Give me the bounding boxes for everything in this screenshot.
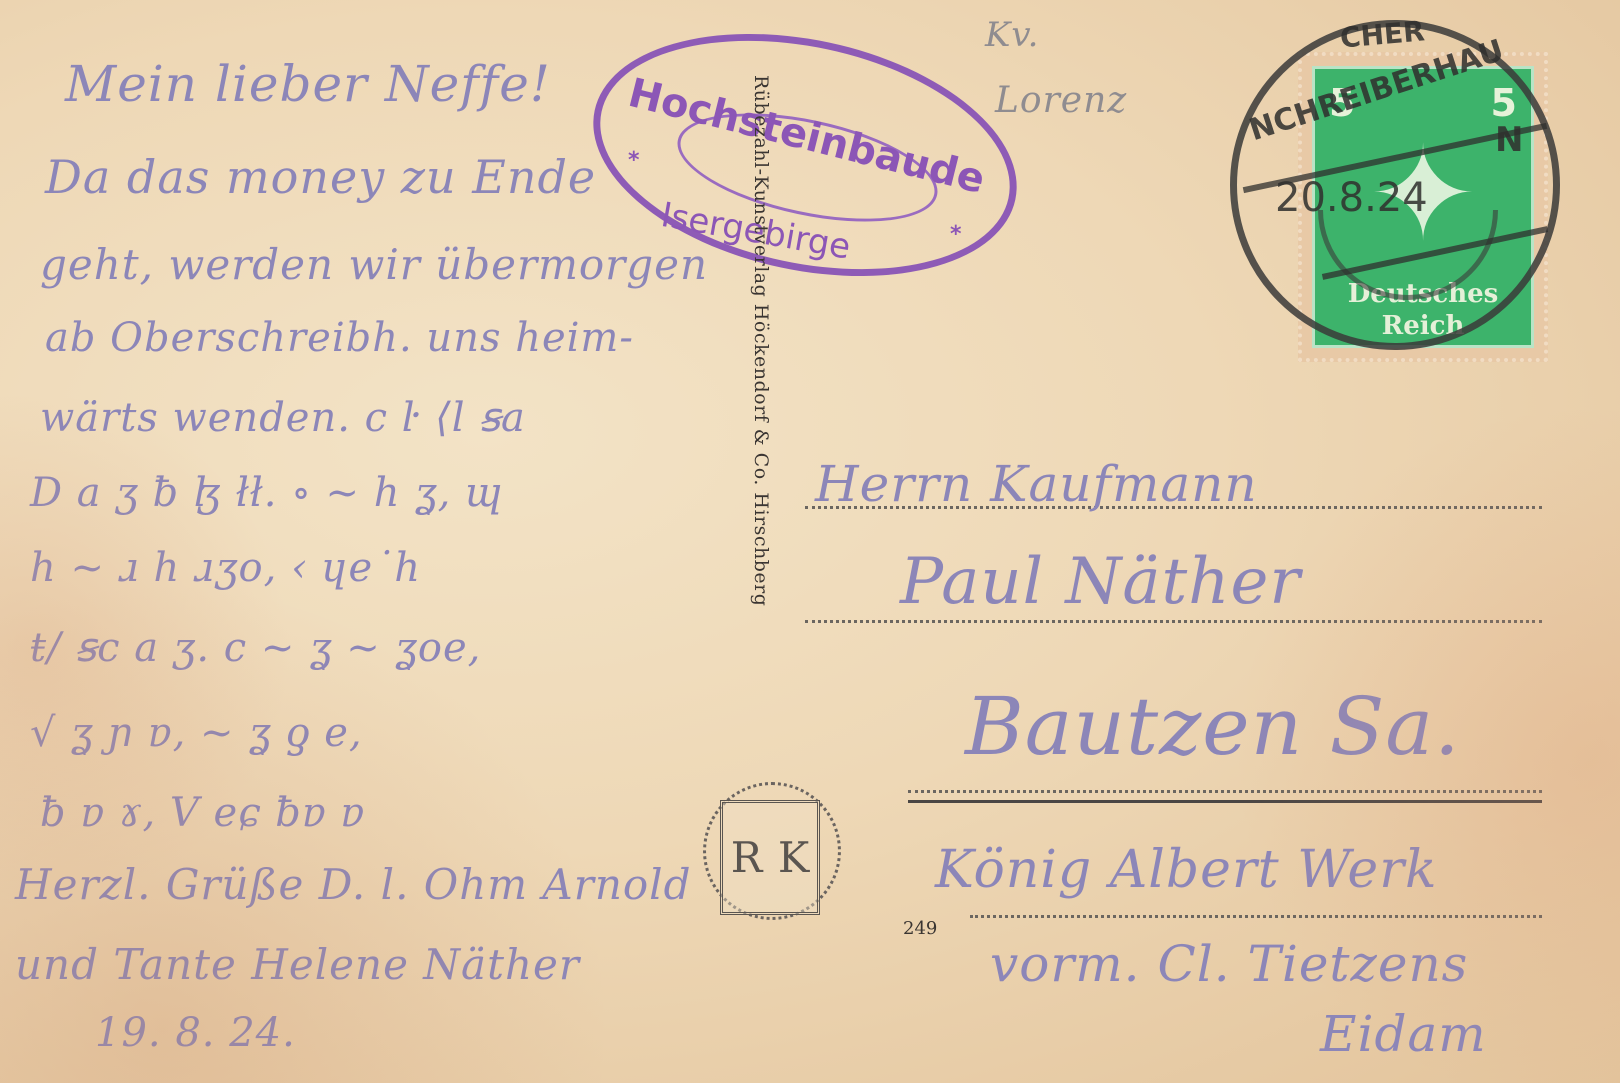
message-line: ƀ ɐ ɤ, V eɕ ƀɐ ɐ xyxy=(40,790,365,836)
address-salutation: Herrn Kaufmann xyxy=(815,455,1258,513)
address-company-former: vorm. Cl. Tietzens xyxy=(990,935,1468,993)
message-line: wärts wenden. c ŀ ⟨l ꞩa xyxy=(40,395,526,441)
address-line-rule xyxy=(805,620,1542,623)
pencil-note-line: Kv. xyxy=(985,15,1039,55)
address-city: Bautzen Sa. xyxy=(965,680,1461,773)
message-line: und Tante Helene Näther xyxy=(15,940,580,989)
asterisk-icon: * xyxy=(628,148,640,173)
address-line-rule xyxy=(908,790,1542,793)
address-company: König Albert Werk xyxy=(935,840,1438,900)
message-line: ab Oberschreibh. uns heim- xyxy=(45,315,634,361)
address-company-owner: Eidam xyxy=(1320,1005,1487,1063)
publisher-imprint: Rübezahl-Kunstverlag Höckendorf & Co. Hi… xyxy=(750,75,772,606)
message-line: √ ʓ ɲ ɐ, ~ ʓ ƍ e, xyxy=(30,710,363,756)
address-line-rule xyxy=(908,800,1542,803)
logo-letter: K xyxy=(778,837,809,879)
message-line: h ~ ɹ h ɹʒo, ‹ ɥe˙h xyxy=(30,545,421,591)
publisher-logo: R K xyxy=(720,800,820,915)
message-line: Mein lieber Neffe! xyxy=(65,55,551,113)
postcard: Mein lieber Neffe! Da das money zu Ende … xyxy=(0,0,1620,1083)
address-line-rule xyxy=(970,915,1542,918)
pencil-note-line: Lorenz xyxy=(995,80,1127,121)
message-line: Da das money zu Ende xyxy=(45,150,596,204)
message-line: D a ʒ ƀ ɮ łł. ∘ ~ h ʓ, ɰ xyxy=(30,470,504,516)
message-line: geht, werden wir übermorgen xyxy=(40,240,708,289)
message-line: ŧ/ ꞩc a ʒ. c ~ ʓ ~ ʓoe, xyxy=(30,625,481,671)
postmark-date: 20.8.24 xyxy=(1275,175,1428,221)
logo-letter: R xyxy=(731,837,763,879)
asterisk-icon: * xyxy=(950,222,962,247)
message-date: 19. 8. 24. xyxy=(95,1010,296,1056)
address-name: Paul Näther xyxy=(900,545,1301,619)
message-line: Herzl. Grüße D. l. Ohm Arnold xyxy=(15,860,692,909)
card-number: 249 xyxy=(903,918,937,939)
postmark-letter: N xyxy=(1495,120,1523,160)
